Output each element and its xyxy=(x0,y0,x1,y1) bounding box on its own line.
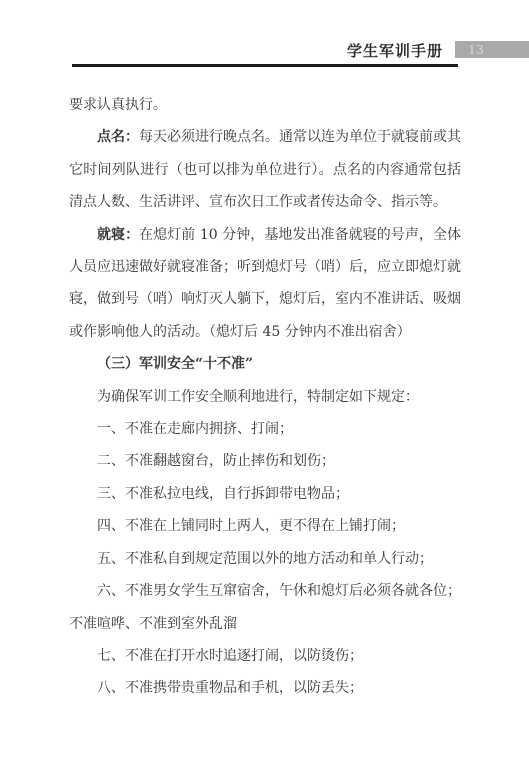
page-number: 13 xyxy=(468,41,484,58)
term-bedtime: 就寝： xyxy=(97,227,139,243)
term-roll-call: 点名： xyxy=(97,129,139,145)
rule-item-7: 七、不准在打开水时追逐打闹，以防烫伤； xyxy=(69,640,461,672)
rule-item-5: 五、不准私自到规定范围以外的地方活动和单人行动； xyxy=(69,543,461,575)
rule-item-2: 二、不准翻越窗台，防止摔伤和划伤； xyxy=(69,445,461,477)
rule-item-8: 八、不准携带贵重物品和手机，以防丢失； xyxy=(69,672,461,704)
rule-item-1: 一、不准在走廊内拥挤、打闹； xyxy=(69,413,461,445)
paragraph-rules-intro: 为确保军训工作安全顺利地进行，特制定如下规定： xyxy=(69,381,461,413)
page-number-badge: 13 xyxy=(455,41,529,58)
document-page: 学生军训手册 13 要求认真执行。 点名：每天必须进行晚点名。通常以连为单位于就… xyxy=(0,0,529,768)
paragraph-bedtime: 就寝：在熄灯前 10 分钟，基地发出准备就寝的号声，全体人员应迅速做好就寝准备；… xyxy=(69,219,461,349)
paragraph-roll-call: 点名：每天必须进行晚点名。通常以连为单位于就寝前或其它时间列队进行（也可以排为单… xyxy=(69,121,461,218)
rule-item-6: 六、不准男女学生互窜宿舍，午休和熄灯后必须各就各位；不准喧哗、不准到室外乱溜 xyxy=(69,575,461,640)
document-body: 要求认真执行。 点名：每天必须进行晚点名。通常以连为单位于就寝前或其它时间列队进… xyxy=(69,89,461,705)
rule-item-4: 四、不准在上铺同时上两人，更不得在上铺打闹； xyxy=(69,510,461,542)
paragraph-continuation: 要求认真执行。 xyxy=(69,89,461,121)
page-header-title: 学生军训手册 xyxy=(347,40,443,61)
section-heading-ten-prohibitions: （三）军训安全“十不准” xyxy=(69,348,461,380)
rule-item-3: 三、不准私拉电线，自行拆卸带电物品； xyxy=(69,478,461,510)
header-rule xyxy=(72,64,458,67)
